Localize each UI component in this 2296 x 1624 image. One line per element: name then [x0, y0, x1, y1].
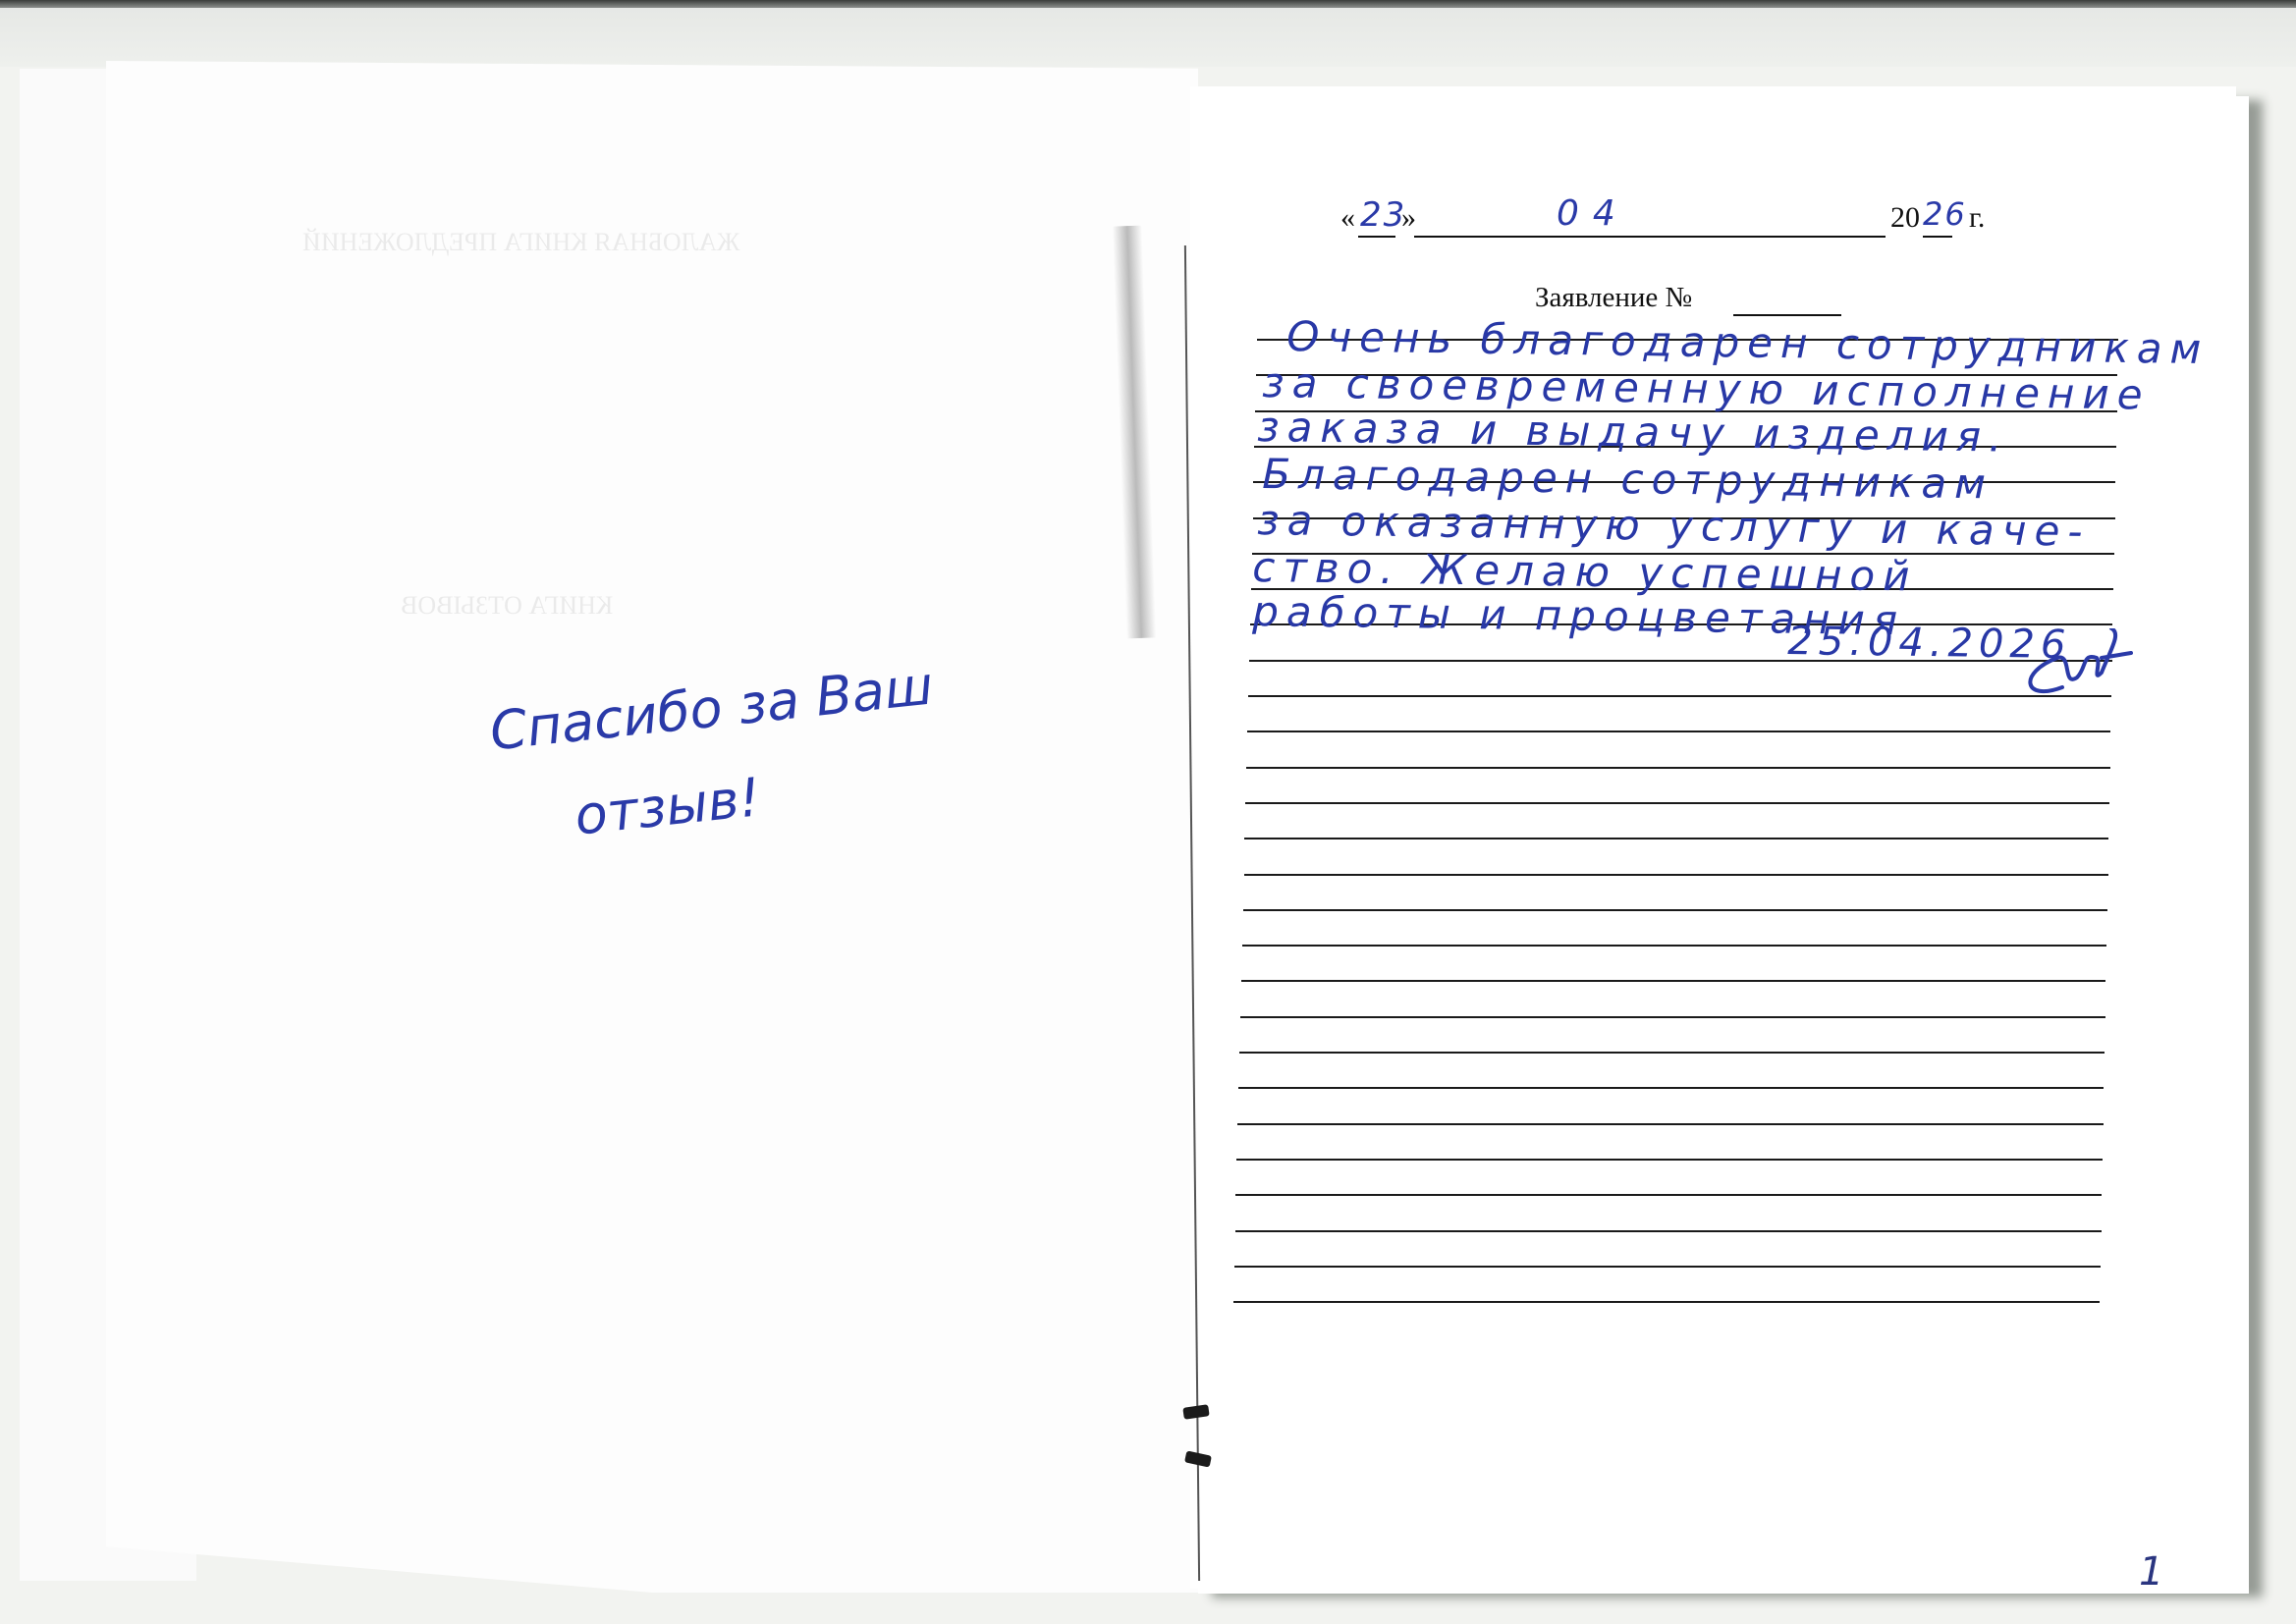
bleed-through-text: КНИГА ОТЗЫВОВ: [401, 591, 613, 621]
ruled-line: [1244, 874, 2108, 876]
scanner-background: [0, 8, 2296, 67]
ruled-line: [1240, 1016, 2105, 1018]
ruled-line: [1239, 1052, 2105, 1054]
title-label: Заявление №: [1535, 282, 1692, 313]
date-year-label: г.: [1969, 201, 1985, 235]
page-title: Заявление №: [1535, 282, 1692, 314]
ruled-line: [1242, 945, 2106, 947]
date-year-suffix: 26: [1923, 195, 1967, 233]
ruled-line: [1235, 1230, 2102, 1232]
year-underline: [1923, 236, 1952, 238]
scanner-edge: [0, 0, 2296, 8]
date-day: 23: [1360, 195, 1406, 235]
date-header: « 23 » 04 20 26 г.: [1340, 201, 2028, 241]
page-number: 1: [2139, 1549, 2163, 1595]
month-underline: [1414, 236, 1886, 238]
signature-icon: [2003, 628, 2141, 707]
ruled-line: [1235, 1194, 2102, 1196]
ruled-line: [1241, 980, 2106, 982]
bleed-through-text: ЖАЛОБНАЯ КНИГА ПРЕДЛОЖЕНИЙ: [302, 228, 739, 257]
ruled-line: [1248, 695, 2111, 697]
ruled-line: [1244, 838, 2108, 839]
ruled-line: [1247, 731, 2110, 732]
day-underline: [1358, 236, 1395, 238]
ruled-line: [1243, 909, 2107, 911]
ruled-line: [1237, 1123, 2103, 1125]
ruled-line: [1236, 1159, 2103, 1161]
number-underline: [1733, 314, 1841, 316]
ruled-line: [1234, 1266, 2101, 1268]
date-open-quote: «: [1340, 201, 1355, 235]
ruled-line: [1233, 1301, 2100, 1303]
date-close-quote: »: [1401, 201, 1416, 235]
date-year-prefix: 20: [1890, 201, 1920, 235]
ruled-line: [1246, 767, 2109, 769]
ruled-line: [1245, 802, 2109, 804]
ruled-line: [1238, 1087, 2104, 1089]
date-month: 04: [1557, 193, 1629, 234]
